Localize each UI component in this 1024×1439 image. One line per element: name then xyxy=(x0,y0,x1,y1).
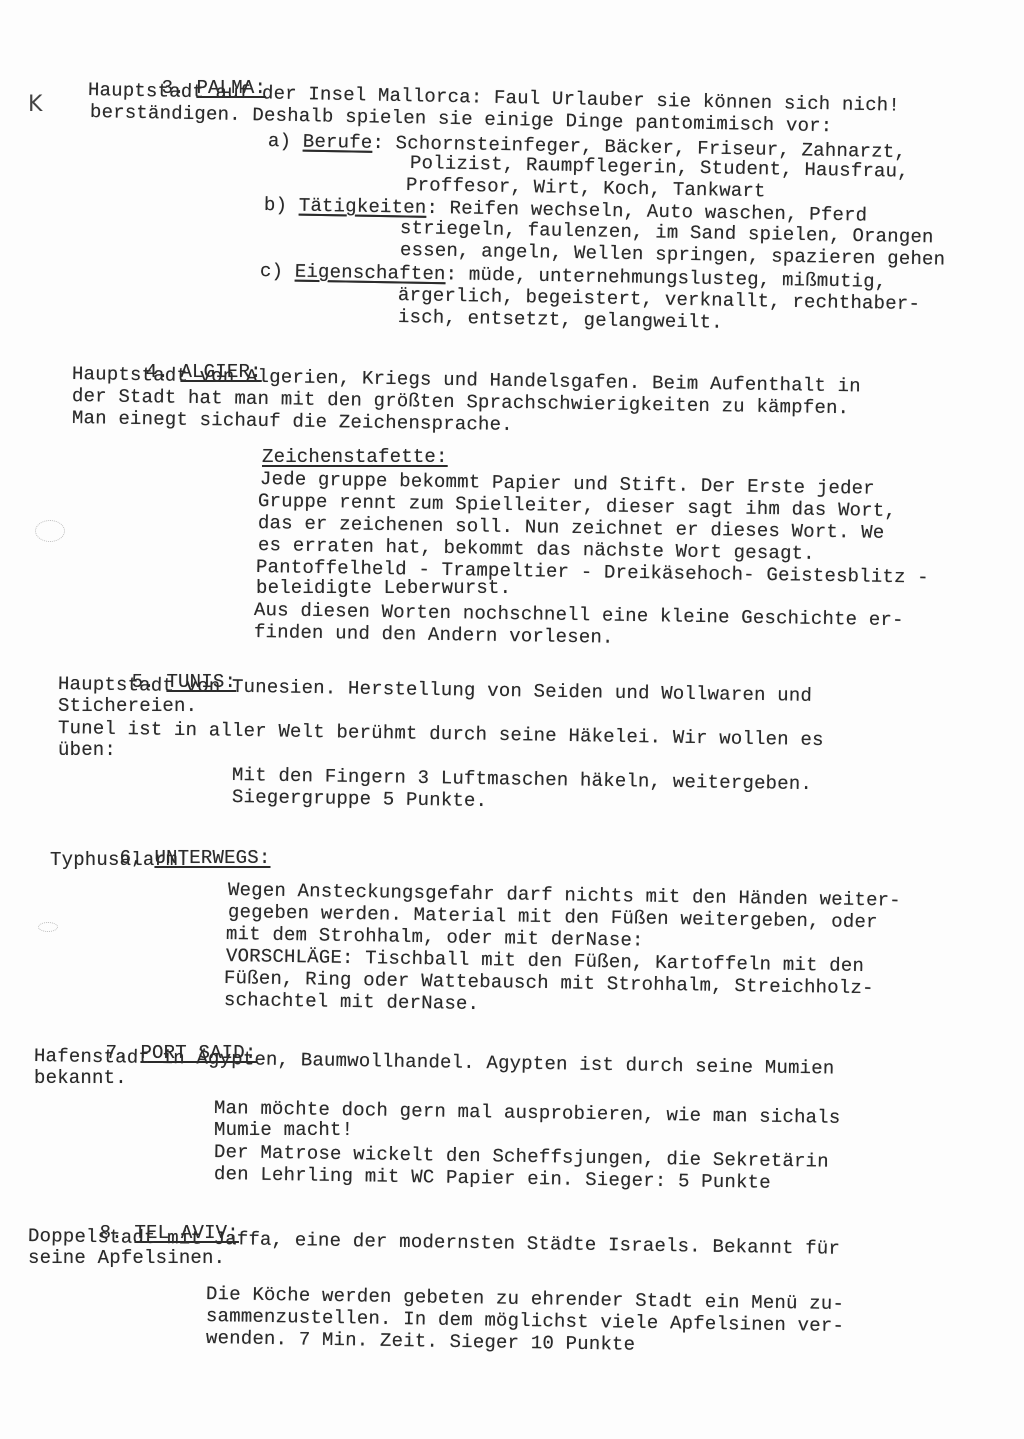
scan-smudge xyxy=(38,922,58,932)
intro-line: seine Apfelsinen. xyxy=(28,1248,225,1268)
intro-line: Man einegt sichauf die Zeichensprache. xyxy=(72,408,513,435)
item-label: a) xyxy=(268,130,292,152)
game-line: finden und den Andern vorlesen. xyxy=(254,622,614,648)
intro-line: Stichereien. xyxy=(58,696,197,716)
item-label: c) xyxy=(260,260,284,282)
game-line: Siegergruppe 5 Punkte. xyxy=(232,787,488,811)
item-title: Tätigkeiten xyxy=(299,195,427,219)
game-line: schachtel mit derNase. xyxy=(224,990,480,1014)
scanned-page: K 3. PALMA: Hauptstadt auf der Insel Mal… xyxy=(0,0,1024,1439)
scan-smudge xyxy=(35,520,65,542)
item-label: b) xyxy=(264,194,288,216)
intro-line: Tunel ist in aller Welt berühmt durch se… xyxy=(58,718,824,750)
game-title: Zeichenstafette: xyxy=(262,447,448,467)
game-line: Mumie macht! xyxy=(214,1120,353,1140)
game-line: wenden. 7 Min. Zeit. Sieger 10 Punkte xyxy=(206,1328,636,1355)
game-line: beleidigte Leberwurst. xyxy=(256,578,511,598)
item-title: Eigenschaften xyxy=(295,261,446,286)
intro-line: Typhusalarm! xyxy=(50,850,189,870)
intro-line: üben: xyxy=(58,740,116,760)
item-title: Berufe xyxy=(303,131,373,154)
list-item-line: isch, entsetzt, gelangweilt. xyxy=(398,307,723,333)
margin-mark: K xyxy=(28,92,42,117)
intro-line: bekannt. xyxy=(34,1068,127,1088)
game-title-text: Zeichenstafette: xyxy=(262,446,448,468)
